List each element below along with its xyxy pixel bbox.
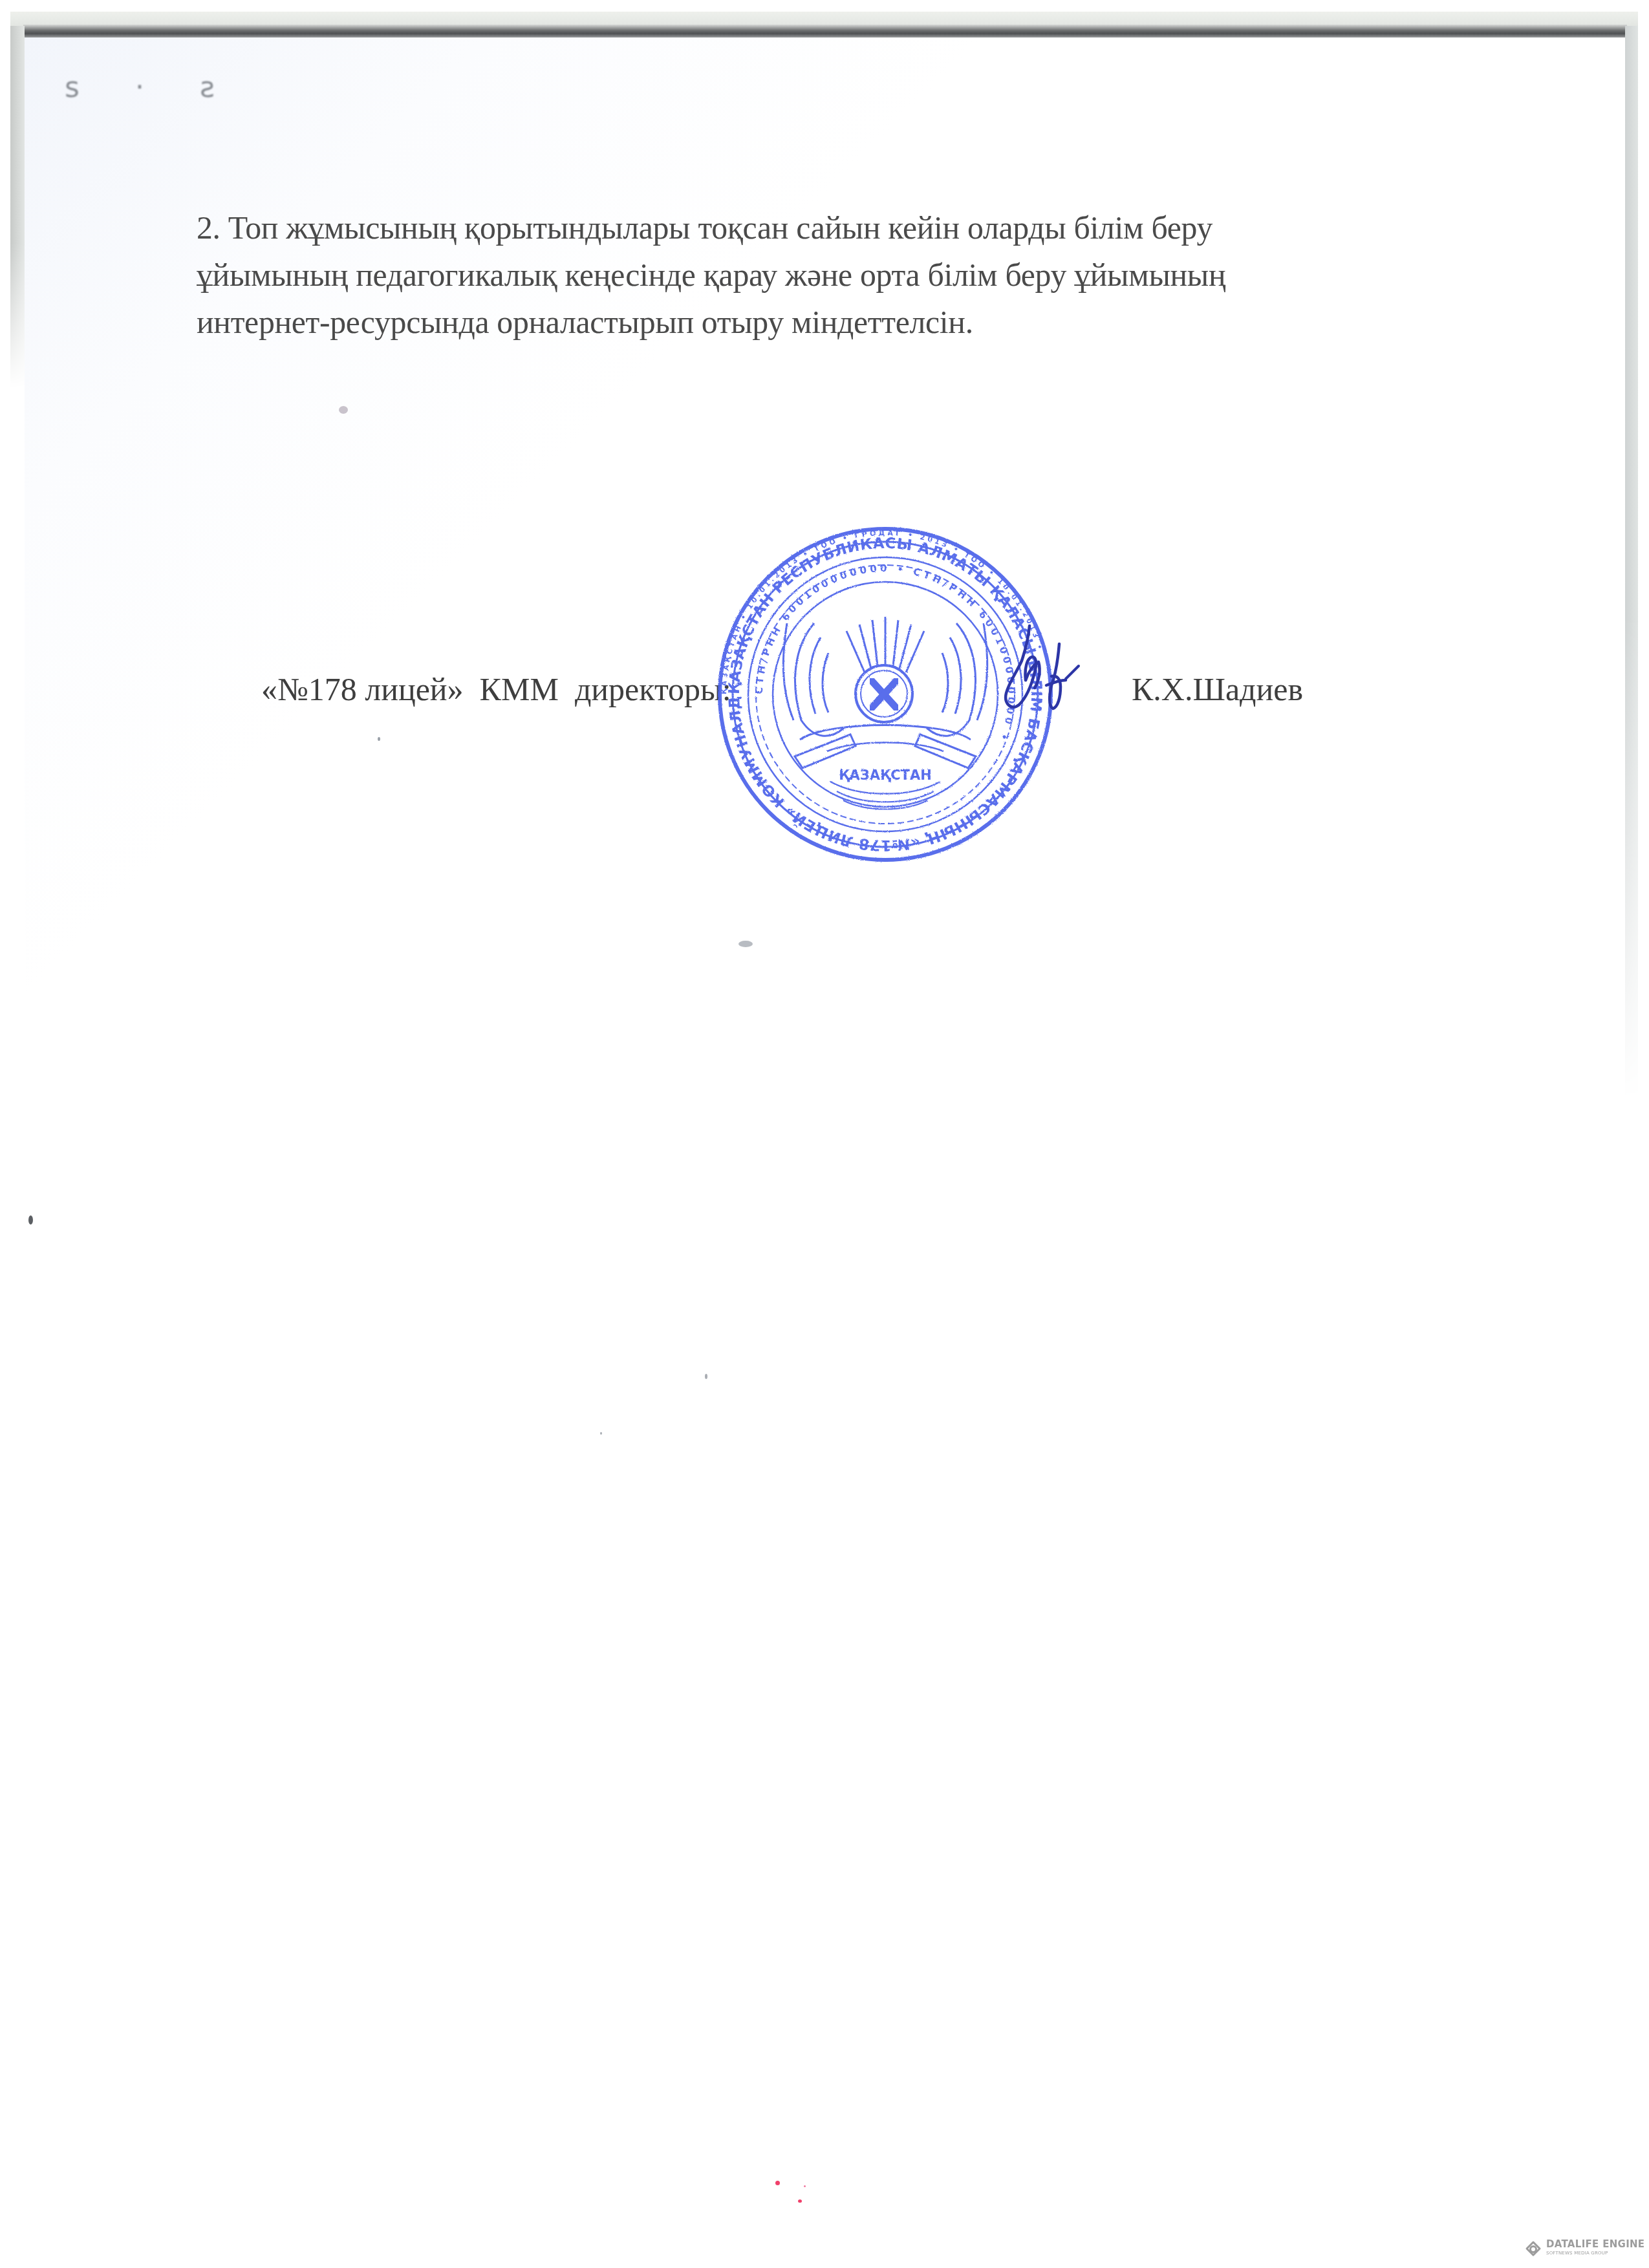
scan-speck [705, 1374, 707, 1379]
director-signature [996, 621, 1086, 718]
resolution-paragraph: 2. Топ жұмысының қорытындылары тоқсан са… [197, 204, 1355, 346]
director-title-label: «№178 лицей» КММ директоры: [261, 670, 731, 709]
document-page [25, 37, 1625, 2268]
scan-speck [775, 2181, 780, 2185]
scan-speck [804, 2185, 806, 2187]
watermark-subtitle: SOFTNEWS MEDIA GROUP [1546, 2251, 1608, 2256]
scan-left-edge [10, 26, 25, 388]
scan-speck [339, 406, 348, 414]
scan-speck [798, 2199, 802, 2203]
scan-right-edge [1625, 26, 1638, 1099]
scan-speck [600, 1432, 602, 1435]
watermark-title: DATALIFE ENGINE [1546, 2238, 1644, 2250]
scan-speck [738, 941, 753, 947]
stamp-emblem-label: ҚАЗАҚСТАН [839, 767, 932, 783]
paragraph-line: 2. Топ жұмысының қорытындылары тоқсан са… [197, 204, 1355, 251]
datalife-engine-watermark: DATALIFE ENGINE SOFTNEWS MEDIA GROUP [1524, 2238, 1641, 2262]
scan-speck [28, 1215, 33, 1225]
paragraph-line: интернет-ресурсында орналастырып отыру м… [197, 299, 1355, 346]
paragraph-line: ұйымының педагогикалық кеңесінде қарау ж… [197, 251, 1355, 299]
scan-speck [378, 737, 380, 741]
datalife-logo-icon [1524, 2240, 1542, 2258]
scan-top-edge [10, 12, 1638, 26]
director-name: К.Х.Шадиев [1132, 670, 1303, 709]
scan-top-shadow [23, 25, 1627, 37]
staple-marks: s · ƨ [65, 71, 238, 104]
